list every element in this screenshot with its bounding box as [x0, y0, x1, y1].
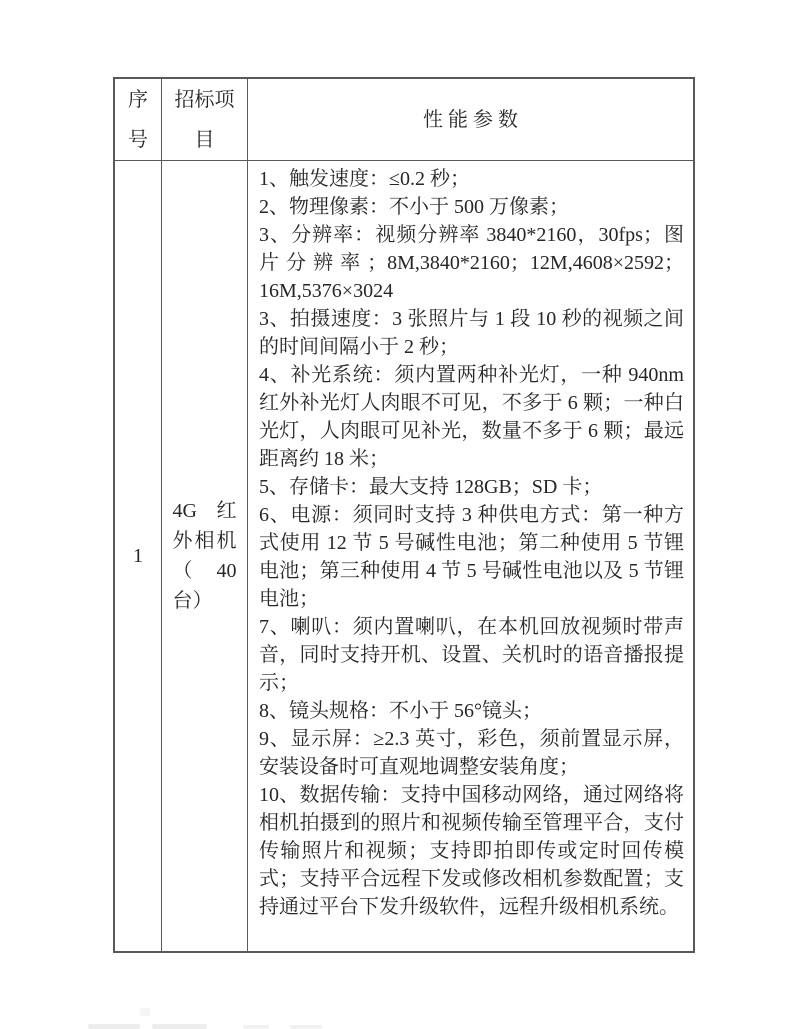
header-params: 性能参数: [248, 79, 693, 160]
param-item: 4、补光系统：须内置两种补光灯，一种 940nm 红外补光灯人肉眼不可见，不多于…: [259, 361, 684, 473]
serial-cell: 1: [115, 161, 162, 951]
page-edge-artifact: [243, 1025, 269, 1029]
project-cell: 4G 红外相机（40 台）: [162, 161, 248, 951]
page-edge-artifact: [290, 1025, 322, 1029]
param-item: 5、存储卡：最大支持 128GB；SD 卡；: [259, 473, 684, 501]
param-item: 7、喇叭：须内置喇叭，在本机回放视频时带声音，同时支持开机、设置、关机时的语音播…: [259, 613, 684, 697]
document-page: 序号 招标项目 性能参数 1 4G 红外相机（40 台） 1、触发速度：≤0.2…: [0, 0, 800, 1029]
param-item: 3、分辨率：视频分辨率 3840*2160，30fps；图片分辨率；8M,384…: [259, 221, 684, 305]
page-edge-artifact: [152, 1024, 207, 1029]
header-project: 招标项目: [162, 79, 248, 160]
header-serial-label: 序号: [127, 80, 149, 160]
param-item: 3、拍摄速度：3 张照片与 1 段 10 秒的视频之间的时间间隔小于 2 秒；: [259, 305, 684, 361]
page-edge-artifact: [140, 1008, 150, 1016]
header-project-label: 招标项目: [174, 80, 236, 160]
project-name: 4G 红外相机（40 台）: [173, 496, 237, 616]
param-item: 10、数据传输：支持中国移动网络，通过网络将相机拍摄到的照片和视频传输至管理平合…: [259, 781, 684, 921]
page-edge-artifact: [88, 1024, 140, 1029]
param-item: 2、物理像素：不小于 500 万像素；: [259, 193, 684, 221]
spec-table: 序号 招标项目 性能参数 1 4G 红外相机（40 台） 1、触发速度：≤0.2…: [113, 77, 695, 953]
param-item: 6、电源：须同时支持 3 种供电方式：第一种方式使用 12 节 5 号碱性电池；…: [259, 501, 684, 613]
param-item: 1、触发速度：≤0.2 秒；: [259, 165, 684, 193]
param-item: 8、镜头规格：不小于 56°镜头；: [259, 697, 684, 725]
header-serial: 序号: [115, 79, 162, 160]
table-row: 1 4G 红外相机（40 台） 1、触发速度：≤0.2 秒；2、物理像素：不小于…: [115, 161, 693, 951]
serial-value: 1: [133, 545, 143, 568]
header-params-label: 性能参数: [418, 109, 523, 131]
params-cell: 1、触发速度：≤0.2 秒；2、物理像素：不小于 500 万像素；3、分辨率：视…: [248, 161, 693, 951]
param-item: 9、显示屏：≥2.3 英寸，彩色，须前置显示屏，安装设备时可直观地调整安装角度；: [259, 725, 684, 781]
table-header-row: 序号 招标项目 性能参数: [115, 79, 693, 161]
